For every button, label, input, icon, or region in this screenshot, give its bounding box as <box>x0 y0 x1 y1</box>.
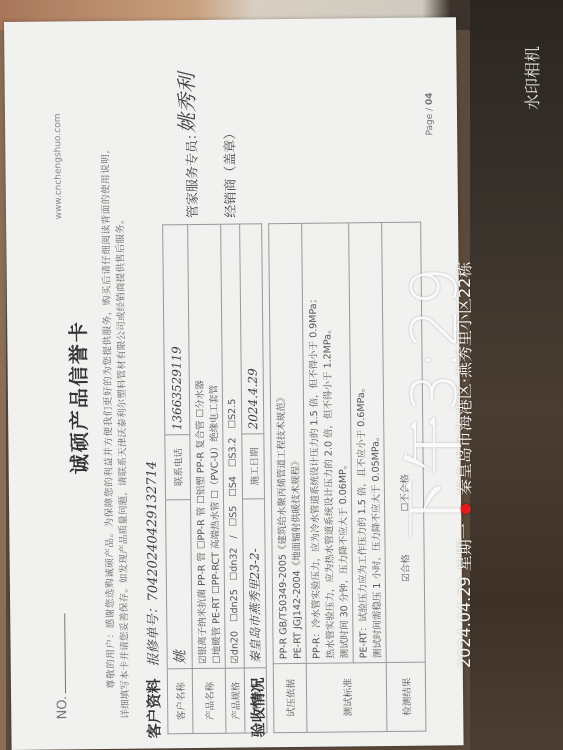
phone-label: 联系电话 <box>165 435 191 500</box>
customer-section-heading: 客户资料 <box>143 678 165 738</box>
watermark-weekday: 星期一 <box>455 523 474 571</box>
standard-label: 测试标准 <box>306 663 387 733</box>
service-rep-label: 管家服务专员： <box>181 127 201 218</box>
result-option-pass: ☑合格 <box>401 554 412 582</box>
product-name-label: 产品名称 <box>192 668 226 733</box>
watermark-app-name: 水印相机 <box>520 46 543 110</box>
customer-info-table: 客户名称 姚 联系电话 13663529119 产品名称 ☑银离子纳米抗菌 PP… <box>162 223 267 734</box>
basis-label: 试压依据 <box>273 663 307 732</box>
basis-text: PP-R GB/T50349-2005《建筑给水聚丙烯管道工程技术规范》 PE-… <box>269 223 307 663</box>
product-option: ☐PP-RCT 高端热水管 <box>210 502 222 594</box>
watermark-location: 秦皇岛市海港区·燕秀里小区22栋 <box>455 262 474 495</box>
product-option: ☐铝塑 PP-R 复合管 <box>195 420 207 503</box>
spec-option: ☑dn20 <box>229 631 240 664</box>
table-row: 工程地址 秦皇岛市燕秀里23-2- 施工日期 2024.4.29 <box>240 224 267 733</box>
product-option: ☐（PVC-U）绝缘电工套管 <box>209 385 221 499</box>
spec-option: ☐S5 <box>228 506 239 527</box>
spec-label: 产品规格 <box>225 668 245 733</box>
location-pin-icon <box>461 504 471 514</box>
standard-pert: PE-RT：试验压力应为工作压力的 1.5 倍，且不应小于 0.6MPa。 测试… <box>349 223 387 663</box>
address-value: 秦皇岛市燕秀里23-2- <box>243 499 267 668</box>
spec-separator: / <box>228 535 239 538</box>
phone-value: 13663529119 <box>163 225 190 435</box>
serial-number: NO. <box>54 614 70 720</box>
spec-option: ☐dn25 <box>228 589 239 622</box>
spec-option: ☐S2.5 <box>226 399 237 429</box>
dealer-stamp-label: 经销商（盖章） <box>219 127 239 218</box>
table-row: 测试标准 PP-R：冷水管实验压力，应为冷水管道系统设计压力的 1.5 倍，但不… <box>302 223 354 732</box>
table-row: 产品名称 ☑银离子纳米抗菌 PP-R 管 ☐PP-R 管 ☐铝塑 PP-R 复合… <box>188 224 226 733</box>
customer-name-value: 姚 <box>166 500 193 669</box>
customer-name-label: 客户名称 <box>167 669 193 734</box>
result-label: 检测结果 <box>386 662 426 731</box>
date-value: 2024.4.29 <box>240 224 264 434</box>
background-floor <box>470 0 563 750</box>
standard-ppr: PP-R：冷水管实验压力，应为冷水管道系统设计压力的 1.5 倍，但不得小于 0… <box>302 223 354 663</box>
product-option: ☐地暖管 PE-RT <box>211 597 223 664</box>
inspection-section-heading: 验收情况 <box>247 677 269 737</box>
spec-option: ☐S4 <box>227 476 238 497</box>
card-title: 诚硕产品信誉卡 <box>62 320 93 474</box>
watermark-date: 2024.04.29 <box>455 576 474 668</box>
spec-option: ☐S3.2 <box>227 437 238 467</box>
product-options: ☑银离子纳米抗菌 PP-R 管 ☐PP-R 管 ☐铝塑 PP-R 复合管 ☐分水… <box>188 224 226 668</box>
table-row: PE-RT：试验压力应为工作压力的 1.5 倍，且不应小于 0.6MPa。 测试… <box>349 223 387 732</box>
watermark-date-location: 2024.04.29 星期一 秦皇岛市海港区·燕秀里小区22栋 <box>452 262 475 668</box>
product-option: ☐PP-R 管 <box>196 507 207 549</box>
table-row: 试压依据 PP-R GB/T50349-2005《建筑给水聚丙烯管道工程技术规范… <box>269 223 307 732</box>
product-option: ☐分水器 <box>195 380 206 417</box>
page-indicator: Page / 04 <box>425 92 435 135</box>
date-label: 施工日期 <box>242 434 265 499</box>
service-rep-signature: 姚秀利 <box>171 73 201 133</box>
order-number-handwritten: 报修单号：70420240429132714 <box>141 461 162 667</box>
website: www.cnchengshuo.com <box>53 113 64 219</box>
spec-option: ☐dn32 <box>228 548 239 581</box>
